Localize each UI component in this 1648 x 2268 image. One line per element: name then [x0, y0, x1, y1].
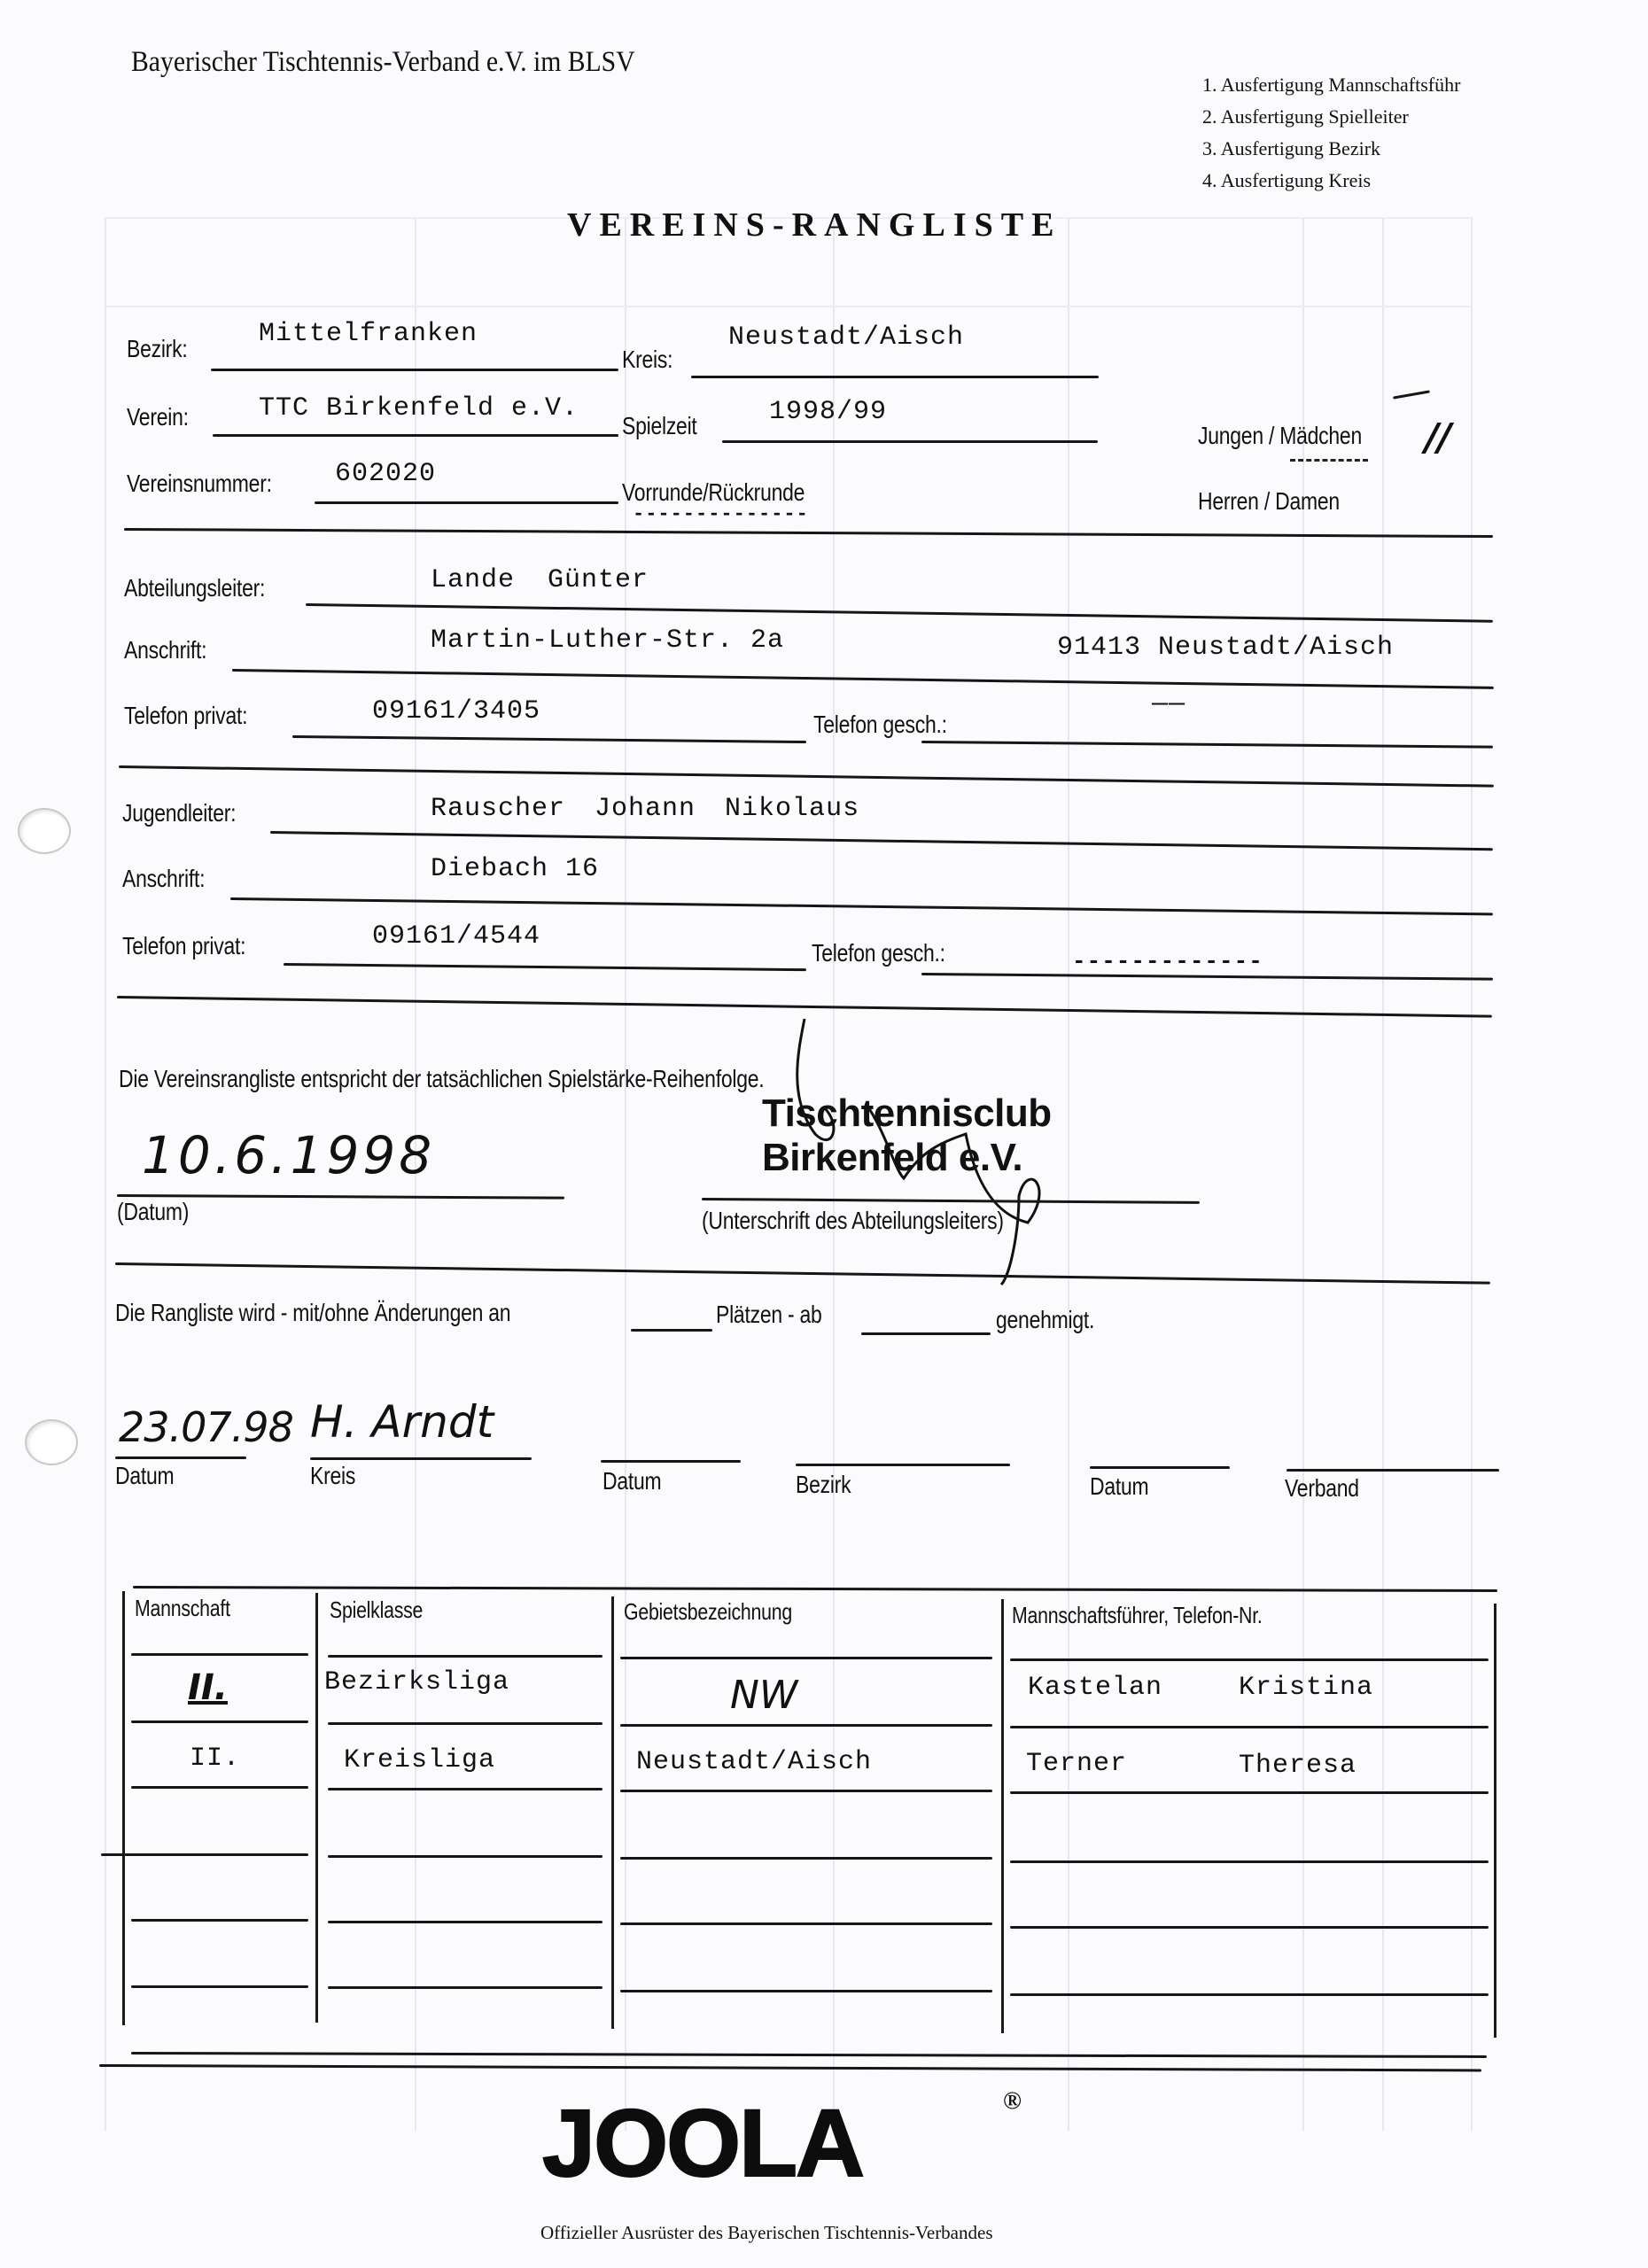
anschrift-city[interactable]: 91413 Neustadt/Aisch: [1057, 633, 1394, 663]
jugendleiter-value[interactable]: Rauscher Johann Nikolaus: [431, 794, 859, 824]
jugend-tel-privat-label: Telefon privat:: [122, 932, 245, 960]
bezirk-label: Bezirk:: [127, 335, 187, 363]
joola-logo: JOOLA ®: [542, 2087, 863, 2198]
approval-text-2: Plätzen - ab: [716, 1301, 822, 1329]
team-row2-gebiet[interactable]: Neustadt/Aisch: [636, 1747, 872, 1777]
anschrift-line: [232, 669, 1494, 689]
row-line: [328, 1855, 602, 1858]
signature-label: (Unterschrift des Abteilungsleiters): [702, 1207, 1004, 1235]
jugend-tel-gesch-value[interactable]: -------------: [1072, 948, 1263, 975]
vereinsnummer-label: Vereinsnummer:: [127, 470, 272, 498]
punch-hole: [18, 808, 71, 854]
abteilungsleiter-label: Abteilungsleiter:: [124, 574, 265, 602]
herren-damen-label: Herren / Damen: [1198, 487, 1340, 516]
approval-label: Datum: [602, 1467, 661, 1495]
jugendleiter-label: Jugendleiter:: [122, 799, 236, 827]
teams-footer-line: [99, 2064, 1481, 2071]
verband-sign-line: [1287, 1469, 1499, 1472]
approval-label: Verband: [1285, 1474, 1359, 1503]
copy-distribution-list: 1. Ausfertigung Mannschaftsführ 2. Ausfe…: [1202, 69, 1460, 197]
row-line: [131, 1985, 308, 1988]
copy-item: 3. Ausfertigung Bezirk: [1202, 133, 1460, 165]
team-row1-mannschaft: II.: [188, 1667, 228, 1708]
approval-label: Datum: [115, 1462, 174, 1490]
copy-item: 2. Ausfertigung Spielleiter: [1202, 101, 1460, 133]
row-line: [1010, 1658, 1489, 1661]
jugend-anschrift-label: Anschrift:: [122, 865, 205, 893]
row-line: [328, 1788, 602, 1790]
abteilungsleiter-value[interactable]: Lande Günter: [431, 565, 649, 595]
row-line: [620, 1657, 992, 1659]
row-line: [1010, 1860, 1489, 1863]
jungen-maedchen-line: [1290, 459, 1368, 462]
verein-label: Verein:: [127, 403, 189, 431]
anschrift-street[interactable]: Martin-Luther-Str. 2a: [431, 625, 784, 656]
teams-table-top: [133, 1586, 1497, 1592]
jungen-maedchen-label: Jungen / Mädchen: [1198, 422, 1362, 450]
from-blank[interactable]: [861, 1332, 991, 1335]
kreis-date-line: [115, 1456, 246, 1459]
spielzeit-label: Spielzeit: [622, 412, 697, 440]
row-line: [131, 1919, 308, 1922]
divider-line: [124, 528, 1493, 538]
kreis-value[interactable]: Neustadt/Aisch: [728, 322, 964, 353]
approval-label: Bezirk: [796, 1471, 851, 1499]
approval-label: Datum: [1090, 1472, 1148, 1501]
row-line: [620, 1922, 992, 1925]
row-line: [131, 1653, 308, 1656]
team-row2-fuehrer-last[interactable]: Terner: [1026, 1749, 1127, 1779]
vereinsnummer-line: [315, 501, 618, 504]
copy-item: 4. Ausfertigung Kreis: [1202, 165, 1460, 197]
jungen-maedchen-mark: II: [1417, 415, 1458, 464]
runde-value[interactable]: --------------: [633, 503, 809, 525]
tel-gesch-label: Telefon gesch.:: [813, 711, 947, 739]
spielzeit-line: [722, 440, 1098, 443]
row-line: [131, 1720, 308, 1723]
jungen-mark-stroke: [1393, 390, 1430, 399]
signature-scribble: [762, 1001, 1134, 1293]
kreis-date-handwritten: 23.07.98: [119, 1403, 293, 1451]
row-line: [620, 1990, 992, 1992]
vereinsnummer-value[interactable]: 602020: [335, 459, 436, 489]
row-line: [131, 1786, 308, 1789]
bezirk-value[interactable]: Mittelfranken: [259, 319, 478, 349]
verein-line: [213, 434, 618, 437]
team-row2-spielklasse[interactable]: Kreisliga: [344, 1745, 495, 1775]
team-row2-mannschaft[interactable]: II.: [190, 1744, 240, 1774]
row-line: [1010, 1993, 1489, 1996]
teams-header-spielklasse: Spielklasse: [330, 1596, 423, 1624]
teams-table-bottom: [131, 2052, 1487, 2058]
teams-col-rule: [122, 1591, 125, 2025]
verein-value[interactable]: TTC Birkenfeld e.V.: [259, 393, 579, 423]
approval-text-3: genehmigt.: [996, 1306, 1094, 1334]
tel-gesch-value[interactable]: ——: [1152, 689, 1185, 719]
teams-col-rule: [1494, 1604, 1496, 2038]
row-line: [328, 1986, 602, 1989]
row-line: [328, 1655, 602, 1658]
teams-header-mannschaft: Mannschaft: [135, 1595, 230, 1622]
row-line: [1010, 1726, 1489, 1728]
row-line: [161, 1853, 308, 1856]
teams-col-rule: [315, 1593, 318, 2023]
organization-name: Bayerischer Tischtennis-Verband e.V. im …: [131, 46, 635, 79]
jugend-tel-gesch-label: Telefon gesch.:: [812, 939, 945, 967]
row-line: [620, 1857, 992, 1860]
date-label: (Datum): [117, 1198, 189, 1226]
jugend-tel-privat-value[interactable]: 09161/4544: [372, 921, 540, 951]
abteilungsleiter-line: [306, 603, 1493, 623]
bleed-through-rule: [105, 306, 1473, 307]
team-row1-gebiet: NW: [730, 1673, 797, 1718]
row-line: [328, 1722, 602, 1725]
approval-label: Kreis: [310, 1462, 355, 1490]
kreis-sign-line: [310, 1457, 532, 1460]
tel-privat-label: Telefon privat:: [124, 702, 247, 730]
verband-date-line: [1090, 1466, 1230, 1469]
jugend-tel-privat-line: [284, 963, 806, 971]
row-line: [1010, 1926, 1489, 1929]
tel-gesch-line: [921, 741, 1493, 749]
row-line: [620, 1724, 992, 1727]
kreis-signature-handwritten: H. Arndt: [310, 1396, 494, 1448]
confirmation-date-handwritten: 10.6.1998: [142, 1125, 435, 1185]
anschrift-label: Anschrift:: [124, 636, 206, 664]
bleed-through-rule: [1471, 217, 1473, 2131]
kreis-label: Kreis:: [622, 346, 672, 374]
row-line: [620, 1790, 992, 1792]
bezirk-line: [211, 369, 618, 371]
teams-col-rule: [611, 1596, 614, 2029]
bezirk-sign-line: [796, 1464, 1010, 1466]
bleed-through-rule: [105, 217, 106, 2131]
bezirk-date-line: [601, 1460, 741, 1463]
joola-brand: JOOLA: [542, 2089, 863, 2196]
punch-hole: [25, 1419, 78, 1465]
tel-privat-line: [292, 735, 806, 743]
teams-header-fuehrer: Mannschaftsführer, Telefon-Nr.: [1012, 1602, 1263, 1629]
row-line: [1010, 1791, 1489, 1794]
bleed-through-rule: [1382, 217, 1384, 2131]
row-line: [328, 1921, 602, 1923]
places-blank[interactable]: [631, 1329, 712, 1332]
divider-line: [119, 765, 1494, 788]
teams-header-gebiet: Gebietsbezeichnung: [624, 1598, 792, 1626]
team-row1-fuehrer-first[interactable]: Kristina: [1239, 1673, 1373, 1703]
page-title: VEREINS-RANGLISTE: [567, 206, 1061, 245]
joola-tagline: Offizieller Ausrüster des Bayerischen Ti…: [540, 2222, 993, 2244]
copy-item: 1. Ausfertigung Mannschaftsführ: [1202, 69, 1460, 101]
confirmation-statement: Die Vereinsrangliste entspricht der tats…: [119, 1065, 764, 1093]
spielzeit-value[interactable]: 1998/99: [769, 397, 887, 427]
team-row1-fuehrer-last[interactable]: Kastelan: [1028, 1673, 1162, 1703]
kreis-line: [691, 376, 1099, 378]
jugendleiter-line: [270, 831, 1493, 850]
registered-mark: ®: [1003, 2087, 1022, 2116]
team-row1-spielklasse[interactable]: Bezirksliga: [324, 1667, 509, 1697]
tel-privat-value[interactable]: 09161/3405: [372, 696, 540, 726]
teams-col-rule: [1001, 1599, 1004, 2033]
jugend-anschrift-value[interactable]: Diebach 16: [431, 854, 599, 884]
approval-text-1: Die Rangliste wird - mit/ohne Änderungen…: [115, 1299, 510, 1327]
team-row2-fuehrer-first[interactable]: Theresa: [1239, 1751, 1356, 1781]
